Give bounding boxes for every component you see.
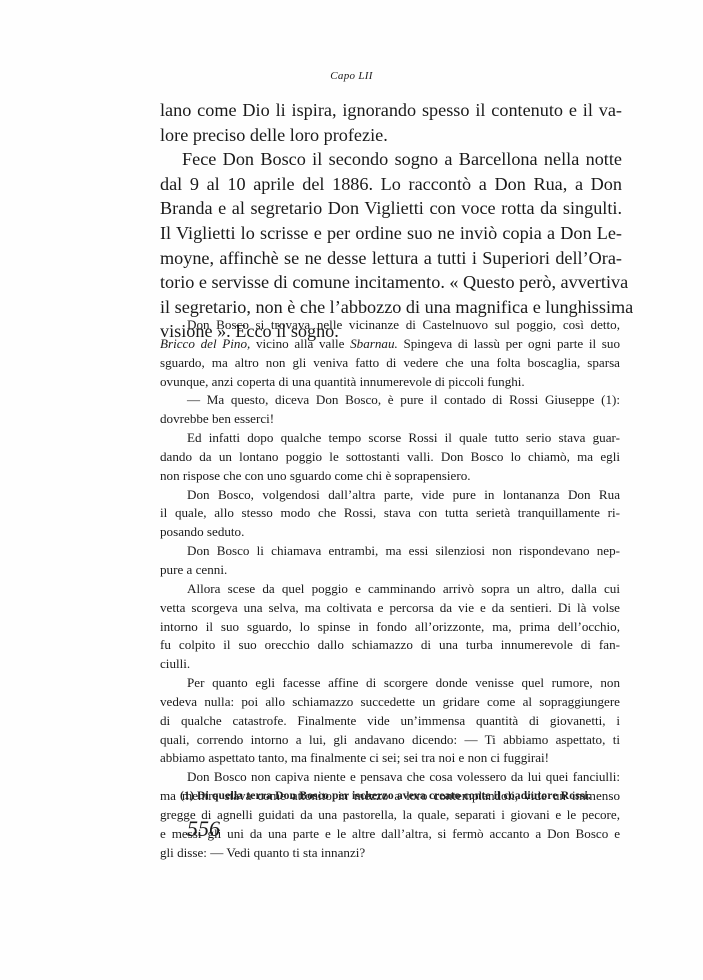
text-line: gregge di agnelli guidati da una pastore… [160, 806, 620, 825]
text-line: moyne, affinchè se ne desse lettura a tu… [160, 246, 622, 271]
place-name-italic: Bricco del Pino, [160, 336, 250, 351]
text-line: lano come Dio li ispira, ignorando spess… [160, 98, 622, 123]
text-line: Ed infatti dopo qualche tempo scorse Ros… [160, 429, 620, 448]
text-line: posando seduto. [160, 523, 620, 542]
text-line: Fece Don Bosco il secondo sogno a Barcel… [160, 147, 622, 172]
text-line: di qualche catastrofe. Finalmente vide u… [160, 712, 620, 731]
place-name-italic: Sbarnau. [350, 336, 398, 351]
text-line: intorno il suo sguardo, lo spinse in fon… [160, 618, 620, 637]
text-line: non rispose che con uno sguardo come chi… [160, 467, 620, 486]
footnote: (1) Di quella terra Don Bosco per ischer… [180, 789, 591, 802]
text-line: Allora scese da quel poggio e camminando… [160, 580, 620, 599]
text-line: e messi gli uni da una parte e le altre … [160, 825, 620, 844]
text-line: Branda e al segretario Don Viglietti con… [160, 196, 622, 221]
text-line: torio e servisse di comune incitamento. … [160, 270, 622, 295]
text-line: dando da un lontano poggio le sottostant… [160, 448, 620, 467]
dream-narrative-block: Don Bosco si trovava nelle vicinanze di … [160, 316, 620, 862]
text-line: Don Bosco non capiva niente e pensava ch… [160, 768, 620, 787]
text-line: sguardo, ma altro non gli veniva fatto d… [160, 354, 620, 373]
text-line: ovunque, anzi coperta di una quantità in… [160, 373, 620, 392]
text-line: vetta scorgeva una selva, ma coltivata e… [160, 599, 620, 618]
text-line: Don Bosco li chiamava entrambi, ma essi … [160, 542, 620, 561]
text-line: Don Bosco, volgendosi dall’altra parte, … [160, 486, 620, 505]
text-line: Per quanto egli facesse affine di scorge… [160, 674, 620, 693]
text-line: fu colpito il suo orecchio dallo schiama… [160, 636, 620, 655]
text-line: gli disse: — Vedi quanto ti sta innanzi? [160, 844, 620, 863]
text-line: — Ma questo, diceva Don Bosco, è pure il… [160, 391, 620, 410]
text-line: pure a cenni. [160, 561, 620, 580]
page-number: 556 [187, 816, 220, 842]
text-line: dovrebbe ben esserci! [160, 410, 620, 429]
text-line: lore preciso delle loro profezie. [160, 123, 622, 148]
text-line: dal 9 al 10 aprile del 1886. Lo raccontò… [160, 172, 622, 197]
text-line: abbiamo aspettato tanto, ma finalmente c… [160, 749, 620, 768]
main-text-block: lano come Dio li ispira, ignorando spess… [160, 98, 622, 344]
running-head: Capo LII [0, 70, 703, 82]
text-line: il quale, allo stesso modo che Rossi, st… [160, 504, 620, 523]
text-line: Bricco del Pino, vicino alla valle Sbarn… [160, 335, 620, 354]
text-line: ciulli. [160, 655, 620, 674]
text-line: quali, correndo intorno a lui, gli andav… [160, 731, 620, 750]
text-line: vedeva nulla: poi allo schiamazzo succed… [160, 693, 620, 712]
text-line: Il Viglietti lo scrisse e per ordine suo… [160, 221, 622, 246]
book-page: Capo LII lano come Dio li ispira, ignora… [0, 0, 703, 980]
text-line: Don Bosco si trovava nelle vicinanze di … [160, 316, 620, 335]
